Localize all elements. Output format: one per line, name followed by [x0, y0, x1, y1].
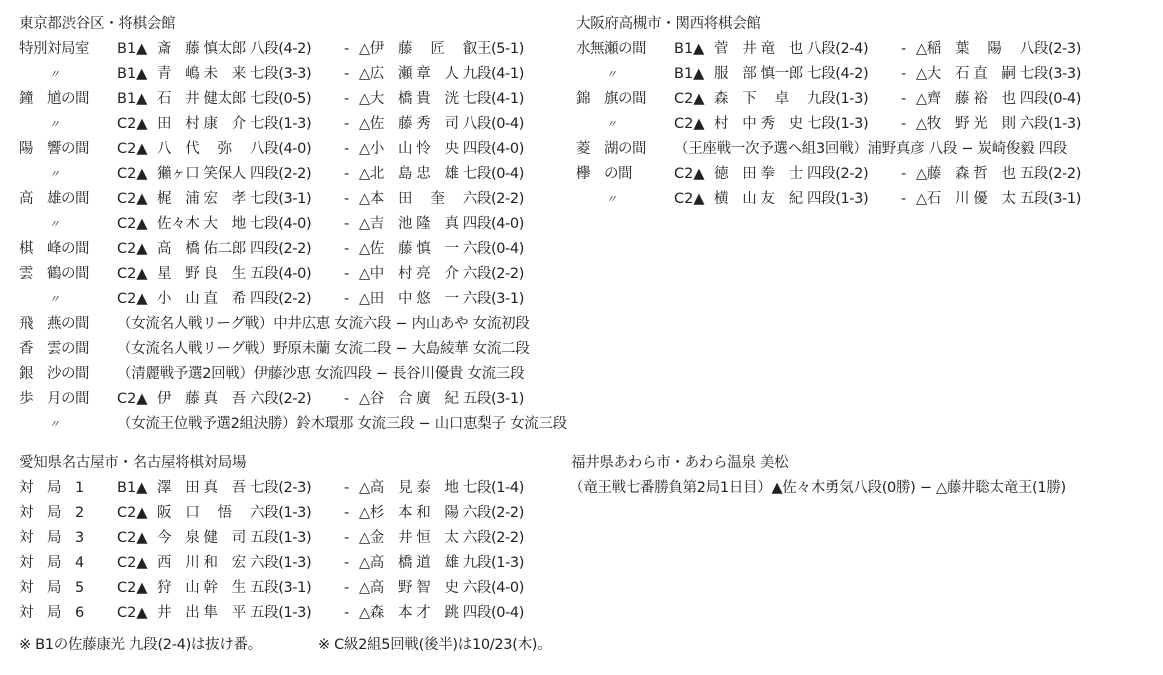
- game-row: 高 雄の間C2▲梶 浦 宏 孝 七段(3-1)-△本 田 奎 六段(2-2): [19, 187, 579, 212]
- room-name: 〃: [19, 62, 89, 87]
- class-label: C2▲: [117, 162, 148, 187]
- sente-player: 獺ヶ口 笑保人 四段(2-2): [157, 162, 311, 187]
- gote-player: △吉 池 隆 真 四段(4-0): [359, 212, 524, 237]
- game-row: 〃C2▲横 山 友 紀 四段(1-3)-△石 川 優 太 五段(3-1): [576, 187, 1136, 212]
- class-label: C2▲: [117, 237, 148, 262]
- sente-player: 横 山 友 紀 四段(1-3): [714, 187, 868, 212]
- versus-dash: -: [344, 476, 349, 501]
- venue-title: 愛知県名古屋市・名古屋将棋対局場: [19, 451, 579, 476]
- room-name: 〃: [19, 287, 89, 312]
- versus-dash: -: [344, 162, 349, 187]
- class-label: C2▲: [117, 212, 148, 237]
- class-label: C2▲: [117, 387, 148, 412]
- sente-player: 小 山 直 希 四段(2-2): [157, 287, 311, 312]
- room-name: 対 局 4: [19, 551, 114, 576]
- versus-dash: -: [344, 526, 349, 551]
- sente-player: 菅 井 竜 也 八段(2-4): [714, 37, 868, 62]
- class-label: B1▲: [117, 476, 147, 501]
- game-row: 鐘 馗の間B1▲石 井 健太郎 七段(0-5)-△大 橋 貴 洸 七段(4-1): [19, 87, 579, 112]
- room-name: 対 局 3: [19, 526, 114, 551]
- class-label: C2▲: [117, 287, 148, 312]
- sente-player: 澤 田 真 吾 七段(2-3): [157, 476, 311, 501]
- room-name: 〃: [19, 112, 89, 137]
- game-row: 対 局 4C2▲西 川 和 宏 六段(1-3)-△高 橋 道 雄 九段(1-3): [19, 551, 579, 576]
- venue-title: 大阪府高槻市・関西将棋会館: [576, 12, 1136, 37]
- gote-player: △杉 本 和 陽 六段(2-2): [359, 501, 524, 526]
- room-name: 香 雲の間: [19, 337, 114, 362]
- sente-player: 森 下 卓 九段(1-3): [714, 87, 868, 112]
- sente-player: 梶 浦 宏 孝 七段(3-1): [157, 187, 311, 212]
- class-label: C2▲: [117, 501, 148, 526]
- game-description: （王座戦一次予選ヘ組3回戦）浦野真彦 八段 − 炭崎俊毅 四段: [674, 137, 1067, 162]
- game-row: 欅 の間C2▲徳 田 拳 士 四段(2-2)-△藤 森 哲 也 五段(2-2): [576, 162, 1136, 187]
- class-label: C2▲: [674, 112, 705, 137]
- gote-player: △田 中 悠 一 六段(3-1): [359, 287, 524, 312]
- sente-player: 井 出 隼 平 五段(1-3): [157, 601, 311, 626]
- game-row: 棋 峰の間C2▲高 橋 佑二郎 四段(2-2)-△佐 藤 慎 一 六段(0-4): [19, 237, 579, 262]
- venue-title: 福井県あわら市・あわら温泉 美松: [571, 451, 1161, 476]
- room-name: 歩 月の間: [19, 387, 114, 412]
- class-label: C2▲: [674, 187, 705, 212]
- versus-dash: -: [344, 212, 349, 237]
- room-name: 〃: [19, 162, 89, 187]
- gote-player: △藤 森 哲 也 五段(2-2): [916, 162, 1081, 187]
- class-label: C2▲: [117, 112, 148, 137]
- game-row: 〃C2▲佐々木 大 地 七段(4-0)-△吉 池 隆 真 四段(4-0): [19, 212, 579, 237]
- versus-dash: -: [344, 551, 349, 576]
- room-name: 鐘 馗の間: [19, 87, 114, 112]
- note-schedule: ※ C級2組5回戦(後半)は10/23(木)。: [318, 633, 551, 658]
- game-text: （竜王戦七番勝負第2局1日目）▲佐々木勇気八段(0勝) − △藤井聡太竜王(1勝…: [569, 476, 1161, 501]
- versus-dash: -: [344, 576, 349, 601]
- venue-title: 東京都渋谷区・将棋会館: [19, 12, 579, 37]
- room-name: 高 雄の間: [19, 187, 114, 212]
- osaka-rows: 水無瀬の間B1▲菅 井 竜 也 八段(2-4)-△稲 葉 陽 八段(2-3)〃B…: [576, 37, 1136, 212]
- gote-player: △高 橋 道 雄 九段(1-3): [359, 551, 524, 576]
- gote-player: △大 橋 貴 洸 七段(4-1): [359, 87, 524, 112]
- room-name: 錦 旗の間: [576, 87, 671, 112]
- note-bye: ※ B1の佐藤康光 九段(2-4)は抜け番。: [19, 633, 262, 658]
- sente-player: 高 橋 佑二郎 四段(2-2): [157, 237, 311, 262]
- room-name: 〃: [576, 112, 646, 137]
- versus-dash: -: [901, 62, 906, 87]
- game-description: （清麗戦予選2回戦）伊藤沙恵 女流四段 − 長谷川優貴 女流三段: [117, 362, 524, 387]
- class-label: C2▲: [117, 576, 148, 601]
- class-label: B1▲: [674, 62, 704, 87]
- versus-dash: -: [344, 187, 349, 212]
- sente-player: 佐々木 大 地 七段(4-0): [157, 212, 311, 237]
- game-row: 対 局 5C2▲狩 山 幹 生 五段(3-1)-△高 野 智 史 六段(4-0): [19, 576, 579, 601]
- versus-dash: -: [344, 62, 349, 87]
- sente-player: 今 泉 健 司 五段(1-3): [157, 526, 311, 551]
- game-row: 歩 月の間C2▲伊 藤 真 吾 六段(2-2)-△谷 合 廣 紀 五段(3-1): [19, 387, 579, 412]
- room-name: 水無瀬の間: [576, 37, 671, 62]
- gote-player: △高 野 智 史 六段(4-0): [359, 576, 524, 601]
- game-row: 銀 沙の間（清麗戦予選2回戦）伊藤沙恵 女流四段 − 長谷川優貴 女流三段: [19, 362, 579, 387]
- venue-tokyo: 東京都渋谷区・将棋会館 特別対局室B1▲斎 藤 慎太郎 八段(4-2)-△伊 藤…: [19, 12, 579, 437]
- room-name: 対 局 6: [19, 601, 114, 626]
- room-name: 菱 湖の間: [576, 137, 671, 162]
- class-label: B1▲: [117, 87, 147, 112]
- gote-player: △齊 藤 裕 也 四段(0-4): [916, 87, 1081, 112]
- game-row: 雲 鶴の間C2▲星 野 良 生 五段(4-0)-△中 村 亮 介 六段(2-2): [19, 262, 579, 287]
- venue-nagoya: 愛知県名古屋市・名古屋将棋対局場 対 局 1B1▲澤 田 真 吾 七段(2-3)…: [19, 451, 579, 626]
- versus-dash: -: [344, 601, 349, 626]
- gote-player: △小 山 怜 央 四段(4-0): [359, 137, 524, 162]
- versus-dash: -: [344, 387, 349, 412]
- game-row: 〃B1▲青 嶋 未 来 七段(3-3)-△広 瀬 章 人 九段(4-1): [19, 62, 579, 87]
- versus-dash: -: [901, 112, 906, 137]
- class-label: B1▲: [674, 37, 704, 62]
- sente-player: 西 川 和 宏 六段(1-3): [157, 551, 311, 576]
- class-label: B1▲: [117, 62, 147, 87]
- game-row: 〃C2▲獺ヶ口 笑保人 四段(2-2)-△北 島 忠 雄 七段(0-4): [19, 162, 579, 187]
- gote-player: △稲 葉 陽 八段(2-3): [916, 37, 1081, 62]
- versus-dash: -: [344, 87, 349, 112]
- game-row: 陽 響の間C2▲八 代 弥 八段(4-0)-△小 山 怜 央 四段(4-0): [19, 137, 579, 162]
- gote-player: △本 田 奎 六段(2-2): [359, 187, 524, 212]
- game-description: （女流名人戦リーグ戦）中井広恵 女流六段 − 内山あや 女流初段: [117, 312, 529, 337]
- class-label: C2▲: [117, 551, 148, 576]
- gote-player: △北 島 忠 雄 七段(0-4): [359, 162, 524, 187]
- sente-player: 星 野 良 生 五段(4-0): [157, 262, 311, 287]
- nagoya-rows: 対 局 1B1▲澤 田 真 吾 七段(2-3)-△高 見 泰 地 七段(1-4)…: [19, 476, 579, 626]
- gote-player: △伊 藤 匠 叡王(5-1): [359, 37, 524, 62]
- versus-dash: -: [901, 162, 906, 187]
- game-row: 水無瀬の間B1▲菅 井 竜 也 八段(2-4)-△稲 葉 陽 八段(2-3): [576, 37, 1136, 62]
- class-label: B1▲: [117, 37, 147, 62]
- sente-player: 石 井 健太郎 七段(0-5): [157, 87, 311, 112]
- game-row: 対 局 2C2▲阪 口 悟 六段(1-3)-△杉 本 和 陽 六段(2-2): [19, 501, 579, 526]
- gote-player: △佐 藤 秀 司 八段(0-4): [359, 112, 524, 137]
- sente-player: 阪 口 悟 六段(1-3): [157, 501, 311, 526]
- versus-dash: -: [901, 87, 906, 112]
- sente-player: 青 嶋 未 来 七段(3-3): [157, 62, 311, 87]
- versus-dash: -: [901, 37, 906, 62]
- gote-player: △大 石 直 嗣 七段(3-3): [916, 62, 1081, 87]
- versus-dash: -: [344, 112, 349, 137]
- room-name: 〃: [19, 212, 89, 237]
- game-row: 〃C2▲村 中 秀 史 七段(1-3)-△牧 野 光 則 六段(1-3): [576, 112, 1136, 137]
- game-row: 特別対局室B1▲斎 藤 慎太郎 八段(4-2)-△伊 藤 匠 叡王(5-1): [19, 37, 579, 62]
- room-name: 〃: [19, 412, 89, 437]
- gote-player: △森 本 才 跳 四段(0-4): [359, 601, 524, 626]
- sente-player: 田 村 康 介 七段(1-3): [157, 112, 311, 137]
- sente-player: 徳 田 拳 士 四段(2-2): [714, 162, 868, 187]
- room-name: 飛 燕の間: [19, 312, 114, 337]
- gote-player: △高 見 泰 地 七段(1-4): [359, 476, 524, 501]
- game-row: 飛 燕の間（女流名人戦リーグ戦）中井広恵 女流六段 − 内山あや 女流初段: [19, 312, 579, 337]
- game-row: 対 局 1B1▲澤 田 真 吾 七段(2-3)-△高 見 泰 地 七段(1-4): [19, 476, 579, 501]
- gote-player: △広 瀬 章 人 九段(4-1): [359, 62, 524, 87]
- versus-dash: -: [344, 237, 349, 262]
- class-label: C2▲: [674, 162, 705, 187]
- sente-player: 狩 山 幹 生 五段(3-1): [157, 576, 311, 601]
- room-name: 特別対局室: [19, 37, 114, 62]
- sente-player: 八 代 弥 八段(4-0): [157, 137, 311, 162]
- game-description: （女流名人戦リーグ戦）野原未蘭 女流二段 − 大島綾華 女流二段: [117, 337, 529, 362]
- game-row: 菱 湖の間（王座戦一次予選ヘ組3回戦）浦野真彦 八段 − 炭崎俊毅 四段: [576, 137, 1136, 162]
- versus-dash: -: [344, 287, 349, 312]
- room-name: 銀 沙の間: [19, 362, 114, 387]
- class-label: C2▲: [674, 87, 705, 112]
- versus-dash: -: [344, 37, 349, 62]
- game-row: 香 雲の間（女流名人戦リーグ戦）野原未蘭 女流二段 − 大島綾華 女流二段: [19, 337, 579, 362]
- versus-dash: -: [344, 137, 349, 162]
- versus-dash: -: [344, 262, 349, 287]
- sente-player: 村 中 秀 史 七段(1-3): [714, 112, 868, 137]
- game-description: （女流王位戦予選2組決勝）鈴木環那 女流三段 − 山口恵梨子 女流三段: [117, 412, 567, 437]
- room-name: 陽 響の間: [19, 137, 114, 162]
- room-name: 雲 鶴の間: [19, 262, 114, 287]
- gote-player: △中 村 亮 介 六段(2-2): [359, 262, 524, 287]
- room-name: 対 局 2: [19, 501, 114, 526]
- game-row: 対 局 6C2▲井 出 隼 平 五段(1-3)-△森 本 才 跳 四段(0-4): [19, 601, 579, 626]
- sente-player: 斎 藤 慎太郎 八段(4-2): [157, 37, 311, 62]
- versus-dash: -: [344, 501, 349, 526]
- room-name: 〃: [576, 62, 646, 87]
- room-name: 棋 峰の間: [19, 237, 114, 262]
- gote-player: △金 井 恒 太 六段(2-2): [359, 526, 524, 551]
- gote-player: △佐 藤 慎 一 六段(0-4): [359, 237, 524, 262]
- game-row: 〃（女流王位戦予選2組決勝）鈴木環那 女流三段 − 山口恵梨子 女流三段: [19, 412, 579, 437]
- game-row: 〃B1▲服 部 慎一郎 七段(4-2)-△大 石 直 嗣 七段(3-3): [576, 62, 1136, 87]
- tokyo-rows: 特別対局室B1▲斎 藤 慎太郎 八段(4-2)-△伊 藤 匠 叡王(5-1)〃B…: [19, 37, 579, 437]
- sente-player: 伊 藤 真 吾 六段(2-2): [157, 387, 311, 412]
- gote-player: △石 川 優 太 五段(3-1): [916, 187, 1081, 212]
- room-name: 〃: [576, 187, 646, 212]
- class-label: C2▲: [117, 187, 148, 212]
- room-name: 対 局 5: [19, 576, 114, 601]
- game-row: 対 局 3C2▲今 泉 健 司 五段(1-3)-△金 井 恒 太 六段(2-2): [19, 526, 579, 551]
- class-label: C2▲: [117, 601, 148, 626]
- game-row: 錦 旗の間C2▲森 下 卓 九段(1-3)-△齊 藤 裕 也 四段(0-4): [576, 87, 1136, 112]
- game-row: 〃C2▲田 村 康 介 七段(1-3)-△佐 藤 秀 司 八段(0-4): [19, 112, 579, 137]
- class-label: C2▲: [117, 137, 148, 162]
- game-row: 〃C2▲小 山 直 希 四段(2-2)-△田 中 悠 一 六段(3-1): [19, 287, 579, 312]
- venue-fukui: 福井県あわら市・あわら温泉 美松 （竜王戦七番勝負第2局1日目）▲佐々木勇気八段…: [571, 451, 1161, 501]
- venue-osaka: 大阪府高槻市・関西将棋会館 水無瀬の間B1▲菅 井 竜 也 八段(2-4)-△稲…: [576, 12, 1136, 212]
- room-name: 対 局 1: [19, 476, 114, 501]
- sente-player: 服 部 慎一郎 七段(4-2): [714, 62, 868, 87]
- versus-dash: -: [901, 187, 906, 212]
- room-name: 欅 の間: [576, 162, 671, 187]
- gote-player: △谷 合 廣 紀 五段(3-1): [359, 387, 524, 412]
- class-label: C2▲: [117, 526, 148, 551]
- class-label: C2▲: [117, 262, 148, 287]
- gote-player: △牧 野 光 則 六段(1-3): [916, 112, 1081, 137]
